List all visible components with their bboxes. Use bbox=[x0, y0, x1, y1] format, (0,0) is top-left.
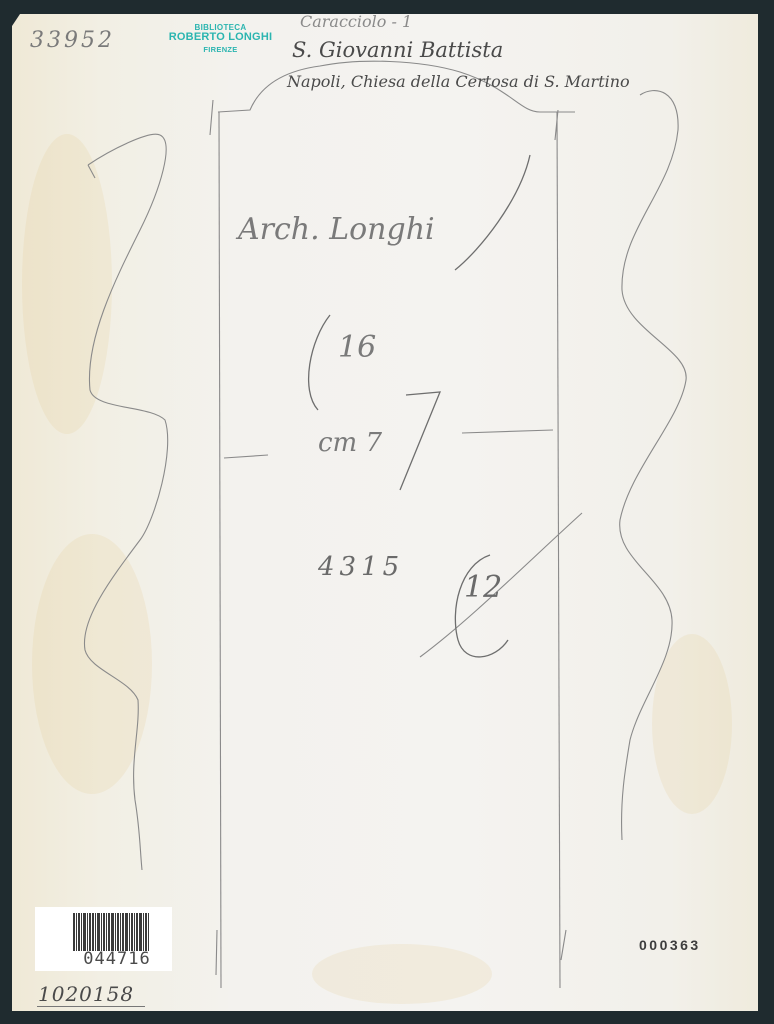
stamp-line-2: ROBERTO LONGHI bbox=[163, 32, 278, 44]
code-number: 4315 bbox=[318, 552, 404, 582]
inventory-underline bbox=[37, 1006, 145, 1007]
title-annotation: S. Giovanni Battista bbox=[292, 38, 503, 62]
top-left-number: 33952 bbox=[30, 28, 115, 53]
artist-annotation: Caracciolo - 1 bbox=[300, 12, 412, 31]
barcode-bars bbox=[73, 913, 157, 951]
crossed-circled-number: 12 bbox=[464, 570, 502, 605]
barcode-number: 044716 bbox=[73, 949, 161, 969]
library-stamp: BIBLIOTECA ROBERTO LONGHI FIRENZE bbox=[163, 24, 278, 54]
pencil-crop-outline bbox=[0, 0, 774, 1024]
measurement: cm 7 bbox=[318, 428, 382, 458]
circled-number: 16 bbox=[338, 330, 376, 365]
location-annotation: Napoli, Chiesa della Certosa di S. Marti… bbox=[287, 72, 630, 91]
inventory-number: 1020158 bbox=[38, 982, 134, 1006]
stamp-line-3: FIRENZE bbox=[163, 46, 278, 54]
serial-number: 000363 bbox=[639, 937, 701, 953]
barcode-label: 044716 bbox=[35, 907, 172, 971]
archive-note: Arch. Longhi bbox=[238, 212, 435, 247]
